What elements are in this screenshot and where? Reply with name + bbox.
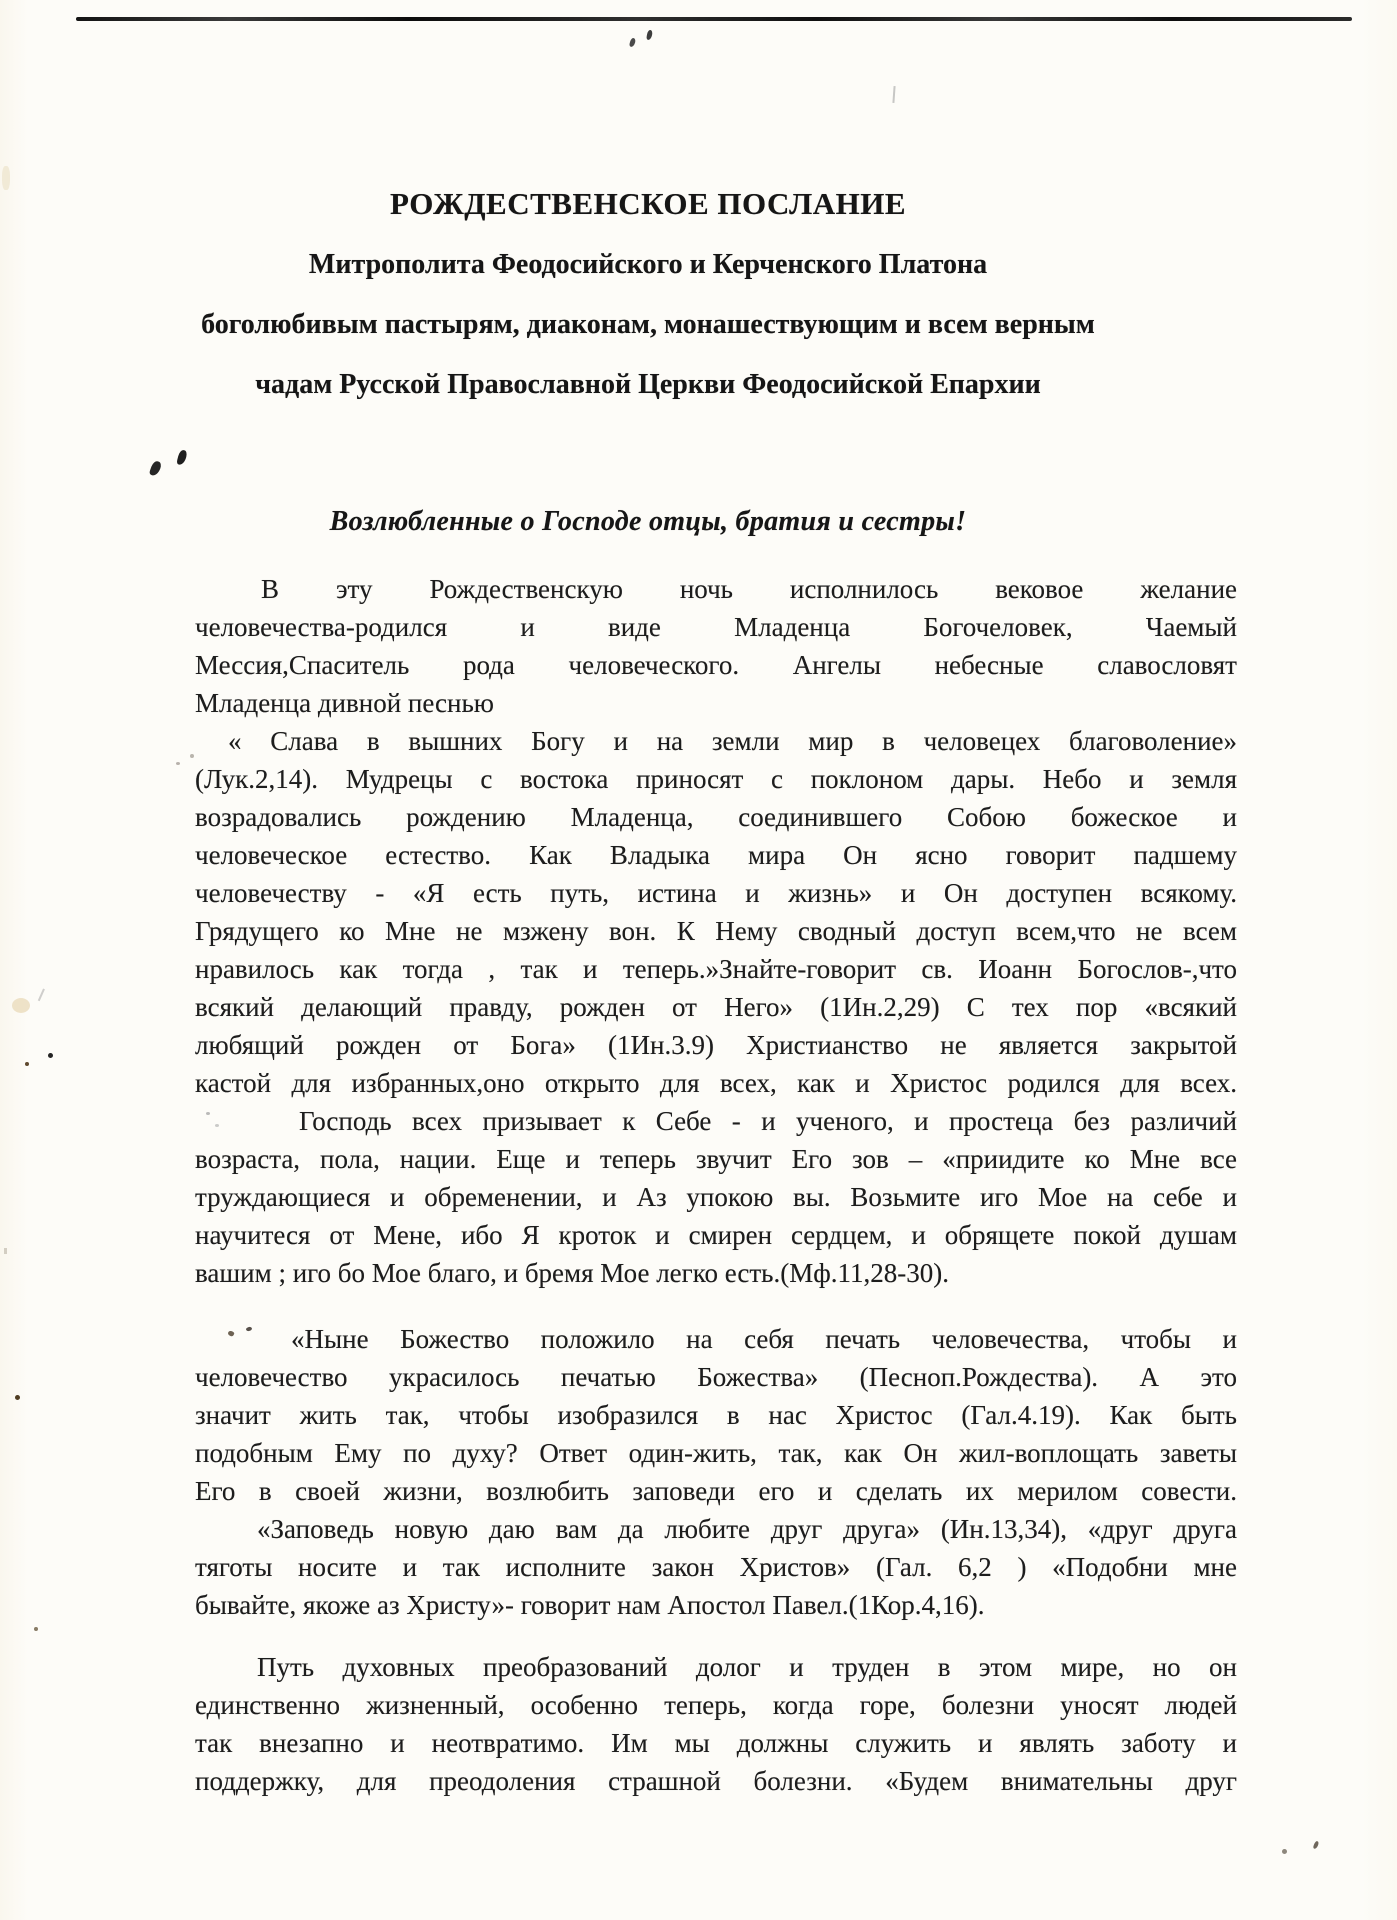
- paragraph-6: Путь духовных преобразований долог и тру…: [195, 1648, 1237, 1800]
- scanned-document-page: РОЖДЕСТВЕНСКОЕ ПОСЛАНИЕ Митрополита Феод…: [0, 0, 1397, 1920]
- text-line: Грядущего ко Мне не мзжену вон. К Нему с…: [195, 912, 1237, 950]
- text-line: любящий рожден от Бога» (1Ин.3.9) Христи…: [195, 1026, 1237, 1064]
- text-line: человечеству - «Я есть путь, истина и жи…: [195, 874, 1237, 912]
- ink-mark: [646, 30, 653, 41]
- paragraph-3: Господь всех призывает к Себе - и ученог…: [195, 1102, 1237, 1292]
- text-line: возрадовались рождению Младенца, соедини…: [195, 798, 1237, 836]
- text-line: « Слава в вышних Богу и на земли мир в ч…: [195, 722, 1237, 760]
- document-subtitle-author: Митрополита Феодосийского и Керченского …: [58, 249, 1238, 281]
- text-line: человеческое естество. Как Владыка мира …: [195, 836, 1237, 874]
- ink-mark: [176, 449, 187, 465]
- text-line: Его в своей жизни, возлюбить заповеди ег…: [195, 1472, 1237, 1510]
- text-line: Мессия,Спаситель рода человеческого. Анг…: [195, 646, 1237, 684]
- text-line: «Заповедь новую даю вам да любите друг д…: [195, 1510, 1237, 1548]
- text-line: человечество украсилось печатью Божества…: [195, 1358, 1237, 1396]
- text-line: нравилось как тогда , так и теперь.»Знай…: [195, 950, 1237, 988]
- scan-edge-line: [76, 17, 1352, 21]
- paragraph-2: « Слава в вышних Богу и на земли мир в ч…: [195, 722, 1237, 1102]
- scan-speck: [892, 86, 895, 103]
- text-line: всякий делающий правду, рожден от Него» …: [195, 988, 1237, 1026]
- paper-stain: [2, 166, 10, 190]
- paper-stain: [12, 998, 30, 1013]
- ink-mark: [1313, 1841, 1320, 1850]
- salutation-line: Возлюбленные о Господе отцы, братия и се…: [58, 506, 1238, 538]
- text-line: Путь духовных преобразований долог и тру…: [195, 1648, 1237, 1686]
- ink-mark: [25, 1062, 29, 1066]
- scan-speck: [190, 754, 194, 758]
- document-title: РОЖДЕСТВЕНСКОЕ ПОСЛАНИЕ: [58, 186, 1238, 222]
- text-line: тяготы носите и так исполните закон Хрис…: [195, 1548, 1237, 1586]
- document-subtitle-addressees-2: чадам Русской Православной Церкви Феодос…: [58, 369, 1238, 401]
- ink-mark: [1282, 1849, 1287, 1854]
- scan-speck: [4, 1248, 7, 1254]
- document-subtitle-addressees-1: боголюбивым пастырям, диаконам, монашест…: [58, 309, 1238, 341]
- text-line: «Ныне Божество положило на себя печать ч…: [195, 1320, 1237, 1358]
- body-text: В эту Рождественскую ночь исполнилось ве…: [195, 570, 1237, 1800]
- text-line: научитеся от Мене, ибо Я кроток и смирен…: [195, 1216, 1237, 1254]
- text-line: возраста, пола, нации. Еще и теперь звуч…: [195, 1140, 1237, 1178]
- text-line: единственно жизненный, особенно теперь, …: [195, 1686, 1237, 1724]
- paragraph-5: «Заповедь новую даю вам да любите друг д…: [195, 1510, 1237, 1624]
- ink-mark: [34, 1627, 38, 1631]
- text-line: кастой для избранных,оно открыто для все…: [195, 1064, 1237, 1102]
- text-line: Младенца дивной песнью: [195, 684, 1237, 722]
- ink-mark: [15, 1395, 20, 1400]
- scan-speck: [176, 762, 180, 765]
- text-line: вашим ; иго бо Мое благо, и бремя Мое ле…: [195, 1254, 1237, 1292]
- ink-mark: [48, 1053, 53, 1058]
- text-line: так внезапно и неотвратимо. Им мы должны…: [195, 1724, 1237, 1762]
- text-line: (Лук.2,14). Мудрецы с востока приносят с…: [195, 760, 1237, 798]
- text-line: В эту Рождественскую ночь исполнилось ве…: [195, 570, 1237, 608]
- text-line: бывайте, якоже аз Христу»- говорит нам А…: [195, 1586, 1237, 1624]
- ink-mark: [149, 460, 163, 477]
- ink-mark: [629, 37, 636, 47]
- text-line: поддержку, для преодоления страшной боле…: [195, 1762, 1237, 1800]
- text-line: человечества-родился и виде Младенца Бог…: [195, 608, 1237, 646]
- paragraph-4: «Ныне Божество положило на себя печать ч…: [195, 1320, 1237, 1510]
- text-line: Господь всех призывает к Себе - и ученог…: [195, 1102, 1237, 1140]
- text-line: труждающиеся и обременении, и Аз упокою …: [195, 1178, 1237, 1216]
- paragraph-1: В эту Рождественскую ночь исполнилось ве…: [195, 570, 1237, 722]
- text-line: подобным Ему по духу? Ответ один-жить, т…: [195, 1434, 1237, 1472]
- scan-speck: [38, 989, 52, 1005]
- text-line: значит жить так, чтобы изобразился в нас…: [195, 1396, 1237, 1434]
